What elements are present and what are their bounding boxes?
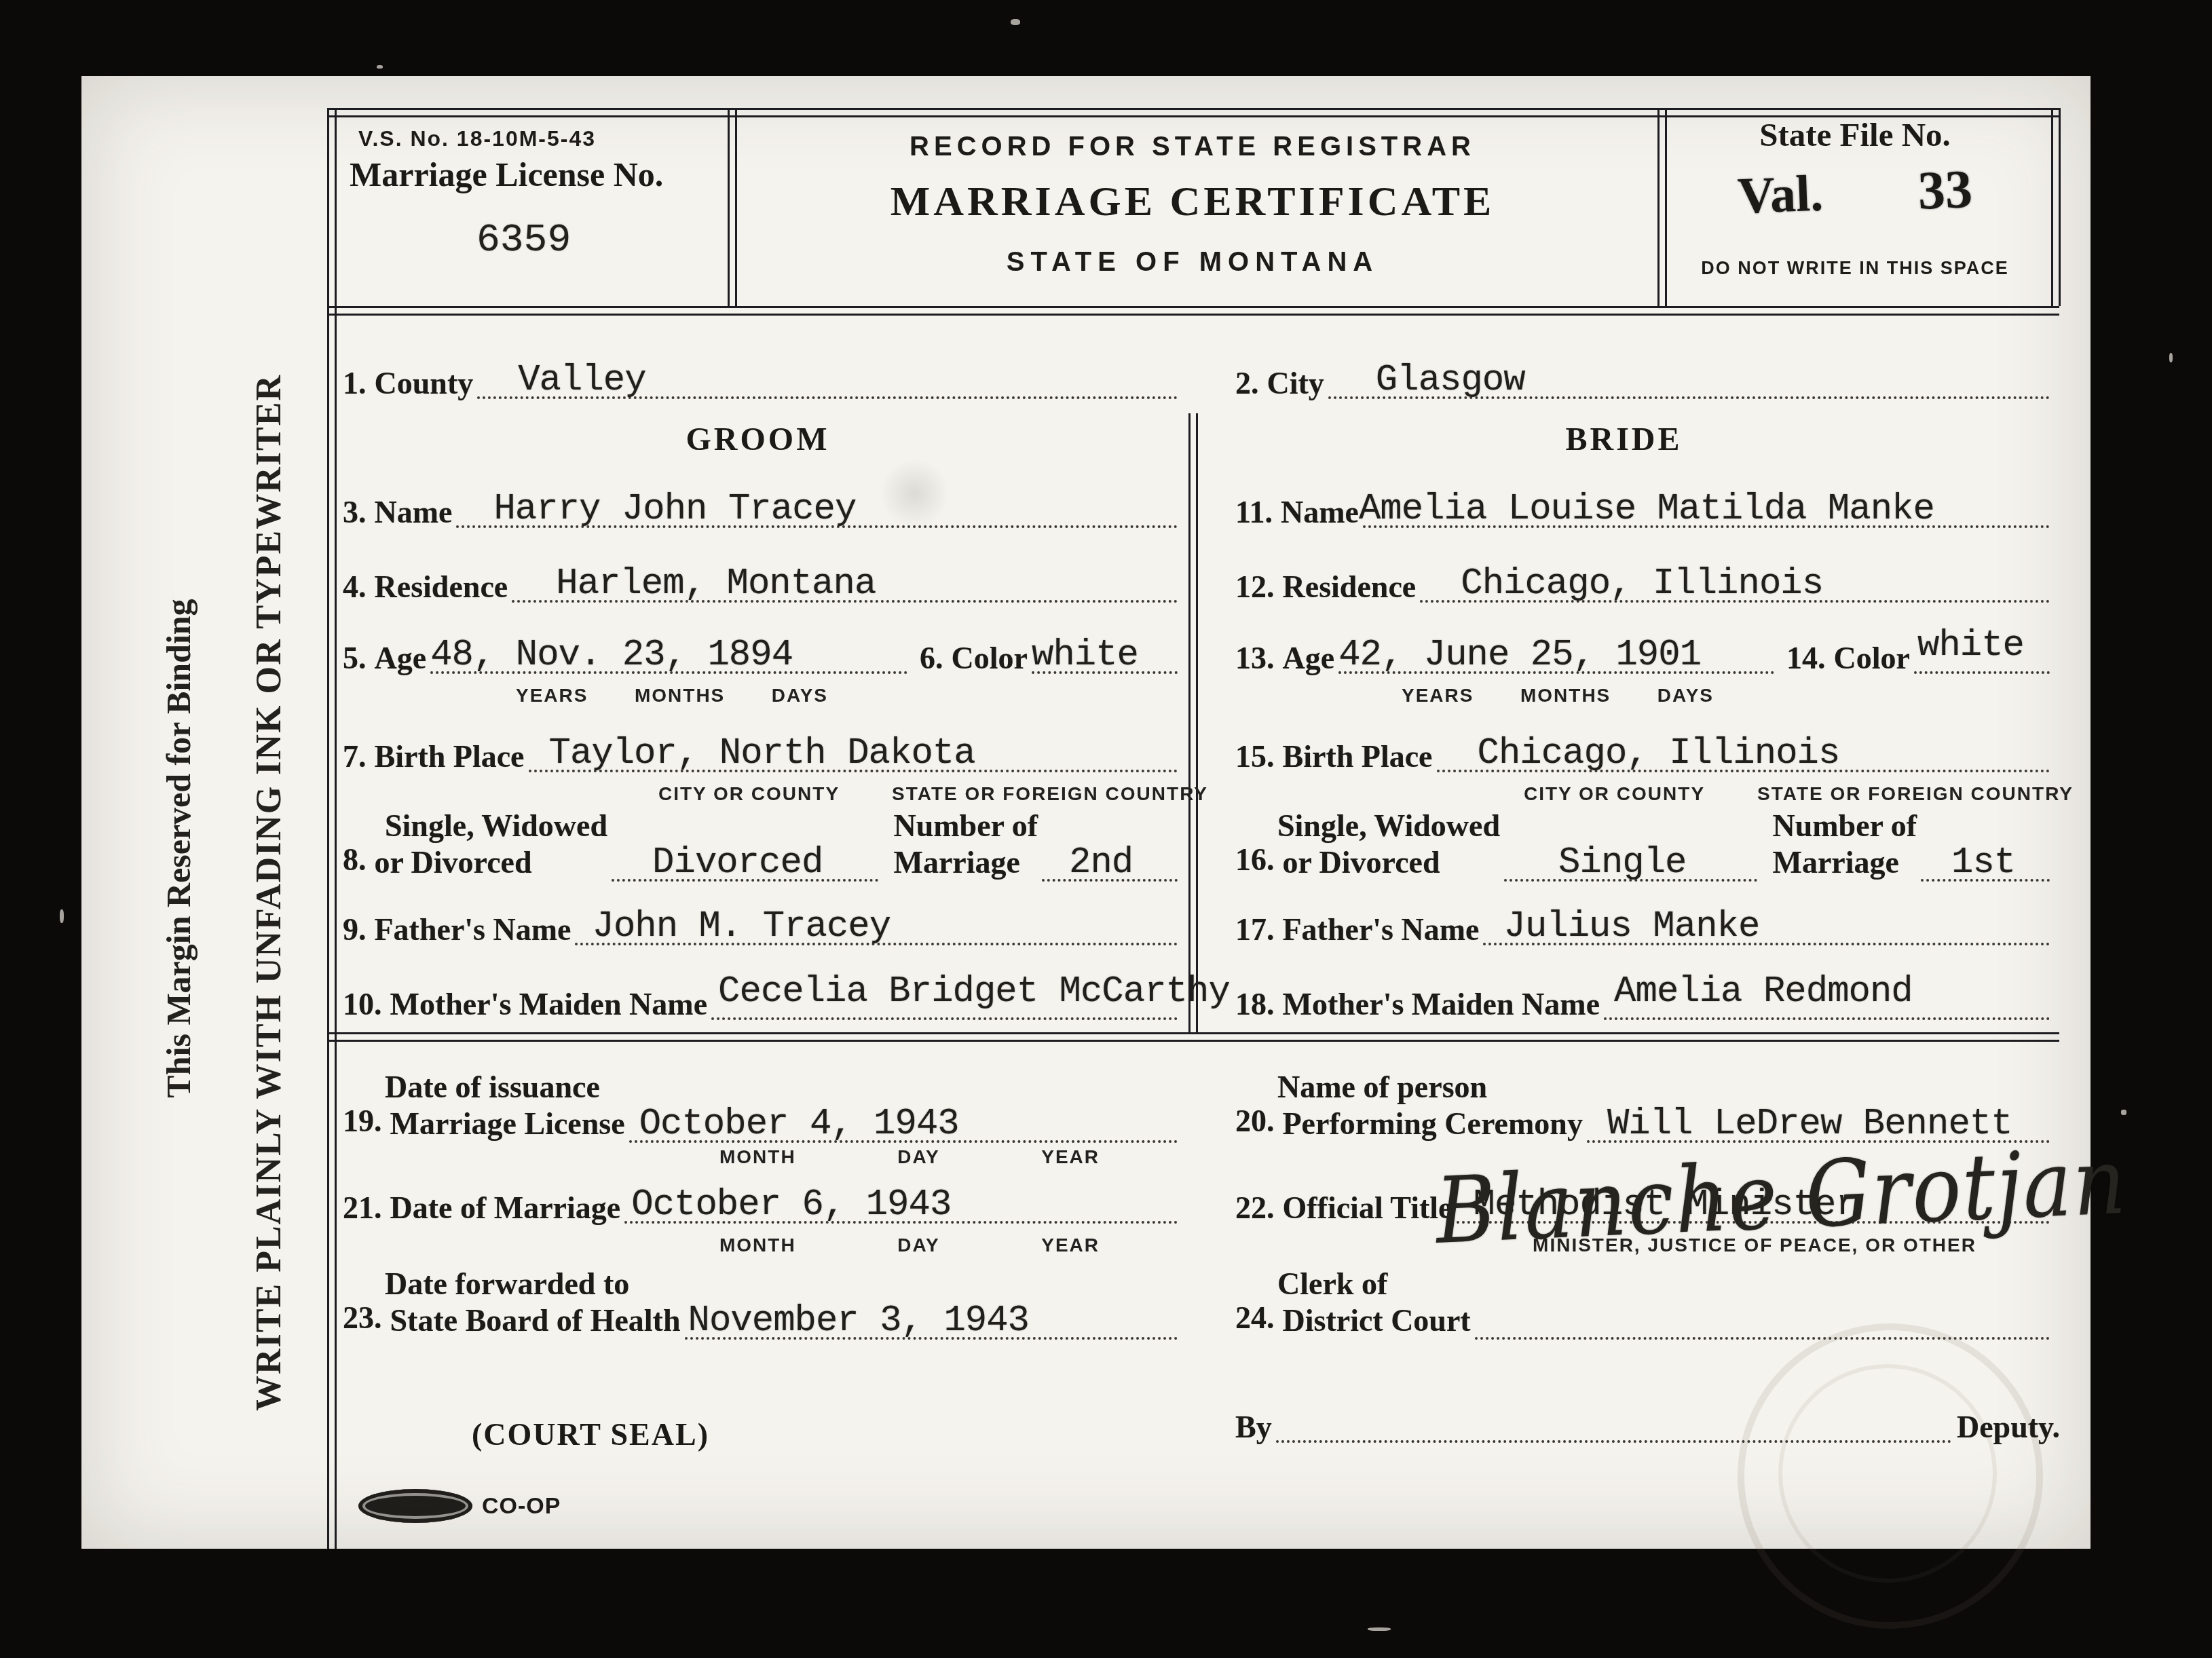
bride-mother-value: Amelia Redmond: [1614, 974, 1913, 1011]
bride-name-field: 11. Name Amelia Louise Matilda Manke: [1235, 497, 2050, 528]
marriage-license-label: Marriage License No.: [350, 155, 663, 194]
state-of-montana: STATE OF MONTANA: [728, 247, 1657, 278]
dotted-line: Single: [1504, 872, 1757, 882]
caption-years: YEARS: [516, 686, 588, 705]
bride-birthplace-value: Chicago, Illinois: [1478, 736, 1840, 772]
caption-day: DAY: [897, 1236, 940, 1255]
issuance-date-value: October 4, 1943: [639, 1106, 959, 1143]
issuance-label-block: Date of issuance 19.Marriage License: [343, 1069, 625, 1143]
number-of-marriage-label-block: Number of Marriage: [893, 808, 1038, 882]
clerk-label-block: Clerk of 24.District Court: [1235, 1266, 1471, 1340]
field-label: Mother's Maiden Name: [390, 989, 708, 1020]
license-issuance-field: Date of issuance 19.Marriage License Oct…: [343, 1069, 1178, 1143]
dotted-line: white: [1032, 664, 1178, 674]
field-number: 18.: [1235, 989, 1275, 1020]
form-number: V.S. No. 18-10M-5-43: [358, 126, 596, 151]
groom-marital-field: Single, Widowed 8.or Divorced Divorced N…: [343, 808, 1178, 882]
issuance-date-captions: MONTH DAY YEAR: [719, 1148, 1100, 1167]
issuance-label-line1: Date of issuance: [343, 1069, 625, 1106]
field-number: 13.: [1235, 643, 1275, 674]
groom-age-color-field: 5. Age 48, Nov. 23, 1894 6. Color white: [343, 643, 1178, 674]
state-file-stamp-number: 33: [1917, 159, 1973, 223]
county-value: Valley: [518, 362, 645, 399]
box-left-rule: [327, 108, 337, 1549]
forwarded-label-block: Date forwarded to 23.State Board of Heal…: [343, 1266, 681, 1340]
groom-mother-field: 10. Mother's Maiden Name Cecelia Bridget…: [343, 989, 1178, 1020]
field-label: Official Title: [1283, 1192, 1452, 1224]
field-label: Age: [1283, 643, 1335, 674]
state-file-stamp-prefix: Val.: [1737, 164, 1824, 229]
city-line: Glasgow: [1328, 390, 2050, 399]
caption-year: YEAR: [1041, 1236, 1100, 1255]
marital-label-block: Single, Widowed 16.or Divorced: [1235, 808, 1500, 882]
dotted-line: white: [1914, 664, 2050, 674]
field-number: 19.: [343, 1106, 382, 1142]
dotted-line: October 4, 1943: [629, 1133, 1178, 1143]
number-of-label-line2: Marriage: [893, 844, 1038, 881]
field-label: Name: [375, 497, 453, 528]
margin-write-plainly-note: WRITE PLAINLY WITH UNFADING INK OR TYPEW…: [248, 299, 290, 1486]
groom-name-field: 3. Name Harry John Tracey: [343, 497, 1178, 528]
field-number: 15.: [1235, 741, 1275, 772]
bride-father-field: 17. Father's Name Julius Manke: [1235, 914, 2050, 945]
field-number: 6.: [920, 643, 943, 674]
bride-mother-field: 18. Mother's Maiden Name Amelia Redmond: [1235, 989, 2050, 1020]
groom-bride-divider: [1188, 413, 1198, 1032]
bride-age-color-field: 13. Age 42, June 25, 1901 14. Color whit…: [1235, 643, 2050, 674]
caption-month: MONTH: [719, 1148, 796, 1167]
marital-label-line2: or Divorced: [375, 844, 532, 881]
dotted-line: 48, Nov. 23, 1894: [430, 664, 907, 674]
dotted-line: Amelia Louise Matilda Manke: [1363, 519, 2050, 528]
dotted-line: 2nd: [1042, 872, 1178, 882]
caption-state-or-foreign-country: STATE OR FOREIGN COUNTRY: [1757, 785, 2074, 804]
field-number: 21.: [343, 1192, 382, 1224]
marriage-date-value: October 6, 1943: [631, 1187, 951, 1224]
field-label: Father's Name: [375, 914, 571, 945]
bride-father-value: Julius Manke: [1503, 909, 1759, 945]
field-number: 22.: [1235, 1192, 1275, 1224]
groom-birthplace-value: Taylor, North Dakota: [549, 736, 975, 772]
field-label: Age: [375, 643, 427, 674]
caption-state-or-foreign-country: STATE OR FOREIGN COUNTRY: [892, 785, 1208, 804]
header-bottom-rule: [327, 306, 2059, 316]
groom-birthplace-captions: CITY OR COUNTY STATE OR FOREIGN COUNTRY: [658, 785, 1208, 804]
coop-union-label: CO-OP: [358, 1489, 561, 1523]
dotted-line: [1276, 1433, 1951, 1443]
dotted-line: Harlem, Montana: [512, 593, 1178, 603]
field-number: 20.: [1235, 1106, 1275, 1142]
caption-day: DAY: [897, 1148, 940, 1167]
dotted-line: John M. Tracey: [575, 936, 1178, 945]
field-number: 11.: [1235, 497, 1273, 528]
ceremony-label-line1: Name of person: [1235, 1069, 1583, 1106]
marriage-date-captions: MONTH DAY YEAR: [719, 1236, 1100, 1255]
ceremony-label-line2: Performing Ceremony: [1283, 1106, 1583, 1142]
number-of-label-line1: Number of: [893, 808, 1038, 844]
groom-residence-field: 4. Residence Harlem, Montana: [343, 571, 1178, 603]
groom-color-value: white: [1032, 637, 1138, 674]
caption-years: YEARS: [1402, 686, 1474, 705]
county-label: County: [375, 368, 474, 399]
marital-label-line2: or Divorced: [1283, 844, 1440, 881]
ceremony-person-field: Name of person 20.Performing Ceremony Wi…: [1235, 1069, 2050, 1143]
city-value: Glasgow: [1376, 362, 1525, 399]
number-of-label-line2: Marriage: [1772, 844, 1917, 881]
do-not-write-label: DO NOT WRITE IN THIS SPACE: [1657, 258, 2052, 279]
bride-marital-field: Single, Widowed 16.or Divorced Single Nu…: [1235, 808, 2050, 882]
court-seal-label: (COURT SEAL): [472, 1416, 709, 1452]
groom-marital-value: Divorced: [652, 845, 823, 882]
field-label: Residence: [375, 571, 508, 603]
field-number: 5.: [343, 643, 367, 674]
number-of-marriage-label-block: Number of Marriage: [1772, 808, 1917, 882]
scan-speck: [1011, 19, 1020, 25]
forwarded-label-line1: Date forwarded to: [343, 1266, 681, 1302]
state-file-stamp: Val. 33: [1657, 156, 2054, 231]
scan-speck: [377, 65, 383, 69]
dotted-line: November 3, 1943: [685, 1330, 1178, 1340]
field-number: 16.: [1235, 844, 1275, 881]
caption-months: MONTHS: [1520, 686, 1611, 705]
clerk-signature: Blanche Grotjan: [1434, 1137, 2129, 1258]
dotted-line: 1st: [1921, 872, 2050, 882]
forwarded-date-field: Date forwarded to 23.State Board of Heal…: [343, 1266, 1178, 1340]
ceremony-label-block: Name of person 20.Performing Ceremony: [1235, 1069, 1583, 1143]
coop-label: CO-OP: [482, 1493, 561, 1520]
caption-days: DAYS: [772, 686, 828, 705]
field-label: Color: [1834, 643, 1910, 674]
clerk-label-line2: District Court: [1283, 1302, 1471, 1339]
city-number: 2.: [1235, 368, 1259, 399]
bride-residence-value: Chicago, Illinois: [1461, 566, 1823, 603]
record-for-state-registrar: RECORD FOR STATE REGISTRAR: [728, 132, 1657, 162]
dotted-line: Divorced: [612, 872, 878, 882]
groom-mother-value: Cecelia Bridget McCarthy: [718, 974, 1230, 1011]
county-number: 1.: [343, 368, 367, 399]
groom-birthplace-field: 7. Birth Place Taylor, North Dakota: [343, 741, 1178, 772]
marital-label-line1: Single, Widowed: [1235, 808, 1500, 844]
field-number: 8.: [343, 844, 367, 881]
field-number: 3.: [343, 497, 367, 528]
caption-month: MONTH: [719, 1236, 796, 1255]
marital-label-block: Single, Widowed 8.or Divorced: [343, 808, 607, 882]
dotted-line: Chicago, Illinois: [1420, 593, 2050, 603]
groom-name-value: Harry John Tracey: [493, 491, 856, 528]
caption-days: DAYS: [1657, 686, 1714, 705]
field-number: 14.: [1786, 643, 1826, 674]
marriage-license-number: 6359: [476, 219, 571, 263]
caption-city-or-county: CITY OR COUNTY: [658, 785, 840, 804]
field-number: 17.: [1235, 914, 1275, 945]
scan-speck: [1368, 1627, 1391, 1631]
dotted-line: Amelia Redmond: [1604, 1011, 2050, 1020]
dotted-line: Harry John Tracey: [456, 519, 1178, 528]
field-number: 12.: [1235, 571, 1275, 603]
bride-birthplace-field: 15. Birth Place Chicago, Illinois: [1235, 741, 2050, 772]
by-label: By: [1235, 1412, 1272, 1443]
certificate-title: MARRIAGE CERTIFICATE: [728, 178, 1657, 226]
bride-residence-field: 12. Residence Chicago, Illinois: [1235, 571, 2050, 603]
bride-age-captions: YEARS MONTHS DAYS: [1402, 686, 1714, 705]
scanned-marriage-certificate: This Margin Reserved for Binding WRITE P…: [0, 0, 2212, 1658]
county-field: 1. County Valley: [343, 368, 1178, 399]
field-number: 9.: [343, 914, 367, 945]
city-field: 2. City Glasgow: [1235, 368, 2050, 399]
caption-year: YEAR: [1041, 1148, 1100, 1167]
mid-section-rule: [327, 1032, 2059, 1042]
margin-binding-note: This Margin Reserved for Binding: [158, 458, 199, 1239]
caption-months: MONTHS: [635, 686, 725, 705]
forwarded-label-line2: State Board of Health: [390, 1302, 681, 1339]
bride-section-title: BRIDE: [1188, 423, 2059, 456]
dotted-line: Chicago, Illinois: [1437, 763, 2050, 772]
groom-marriage-number-value: 2nd: [1069, 845, 1133, 882]
field-label: Father's Name: [1283, 914, 1480, 945]
groom-father-value: John M. Tracey: [592, 909, 891, 945]
city-label: City: [1267, 368, 1324, 399]
field-label: Birth Place: [375, 741, 525, 772]
scan-speck: [60, 909, 64, 923]
by-deputy-field: By Deputy.: [1235, 1412, 2060, 1443]
field-number: 4.: [343, 571, 367, 603]
scan-smudge: [882, 456, 947, 531]
dotted-line: 42, June 25, 1901: [1338, 664, 1774, 674]
dotted-line: Cecelia Bridget McCarthy: [711, 1011, 1178, 1020]
caption-city-or-county: CITY OR COUNTY: [1524, 785, 1705, 804]
groom-residence-value: Harlem, Montana: [556, 566, 876, 603]
bride-marriage-number-value: 1st: [1951, 845, 2015, 882]
groom-age-captions: YEARS MONTHS DAYS: [516, 686, 828, 705]
field-label: Residence: [1283, 571, 1417, 603]
field-label: Mother's Maiden Name: [1283, 989, 1600, 1020]
groom-father-field: 9. Father's Name John M. Tracey: [343, 914, 1178, 945]
state-file-label: State File No.: [1657, 115, 2052, 154]
dotted-line: October 6, 1943: [624, 1214, 1178, 1224]
certificate-paper: This Margin Reserved for Binding WRITE P…: [81, 76, 2091, 1549]
marriage-date-field: 21. Date of Marriage October 6, 1943: [343, 1192, 1178, 1224]
dotted-line: Julius Manke: [1483, 936, 2050, 945]
field-number: 24.: [1235, 1302, 1275, 1339]
groom-age-value: 48, Nov. 23, 1894: [430, 637, 793, 674]
dotted-line: [1475, 1330, 2050, 1340]
bride-birthplace-captions: CITY OR COUNTY STATE OR FOREIGN COUNTRY: [1524, 785, 2074, 804]
clerk-label-line1: Clerk of: [1235, 1266, 1471, 1302]
groom-section-title: GROOM: [327, 423, 1188, 456]
number-of-label-line1: Number of: [1772, 808, 1917, 844]
forwarded-date-value: November 3, 1943: [688, 1303, 1029, 1340]
deputy-label: Deputy.: [1957, 1412, 2060, 1443]
field-number: 10.: [343, 989, 382, 1020]
dotted-line: Taylor, North Dakota: [529, 763, 1178, 772]
marital-label-line1: Single, Widowed: [343, 808, 607, 844]
faint-court-stamp-inner: [1778, 1364, 1997, 1583]
bride-age-value: 42, June 25, 1901: [1338, 637, 1701, 674]
field-label: Date of Marriage: [390, 1192, 621, 1224]
union-bug-icon: [358, 1489, 472, 1523]
bride-marital-value: Single: [1558, 845, 1686, 882]
scan-speck: [2169, 353, 2173, 362]
field-number: 7.: [343, 741, 367, 772]
field-label: Color: [952, 643, 1028, 674]
scan-speck: [2121, 1110, 2126, 1115]
field-label: Birth Place: [1283, 741, 1433, 772]
county-line: Valley: [477, 390, 1178, 399]
field-number: 23.: [343, 1302, 382, 1339]
bride-name-value: Amelia Louise Matilda Manke: [1359, 491, 1934, 528]
field-label: Name: [1281, 497, 1359, 528]
issuance-label-line2: Marriage License: [390, 1106, 625, 1142]
bride-color-value: white: [1917, 628, 2024, 664]
